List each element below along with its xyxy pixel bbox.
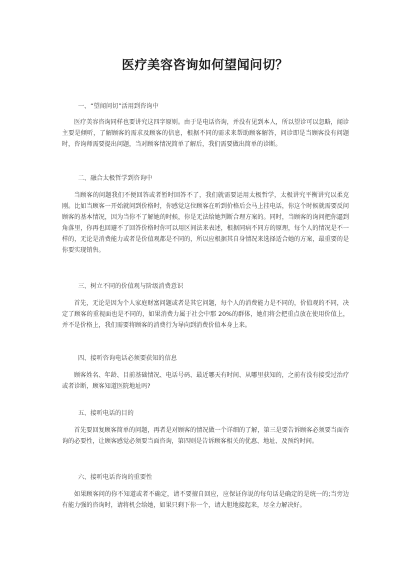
section-body-1: 医疗美容咨询同样也要讲究这四字原则。由于是电话咨询，并没有见到本人，所以望诊可以…: [62, 117, 349, 150]
document-title: 医疗美容咨询如何望闻问切？: [0, 55, 410, 73]
section-body-6: 如果顾客问的你不知道或者不确定，请不要擅自回应，应保证你说的每句话是确定的是统一…: [62, 489, 349, 511]
section-heading-6: 六、接听电话咨询的重要性: [78, 472, 152, 481]
section-heading-2: 二、融合太极哲学到咨询中: [78, 173, 152, 182]
section-heading-3: 三、树立不同的价值观与阶级消费意识: [78, 281, 183, 290]
section-body-2: 当顾客的问题我们不便回答或者暂时回答不了，我们就需要运用太极哲学，太极讲究平衡讲…: [62, 190, 349, 256]
document-page: 医疗美容咨询如何望闻问切？ 一、“望闻问切”活用到咨询中 医疗美容咨询同样也要讲…: [0, 0, 410, 580]
section-body-4: 顾客姓名、年龄、目前基础情况、电话号码、最近哪天有时间、从哪里获知的，之前有没有…: [62, 370, 349, 392]
section-body-5: 首先要回复顾客简单的问题，再者是对顾客的情况做一个详细的了解，第三是要告诉顾客必…: [62, 425, 349, 447]
section-heading-4: 四、接听咨询电话必须要获知的信息: [78, 353, 177, 362]
section-heading-1: 一、“望闻问切”活用到咨询中: [78, 101, 159, 110]
section-heading-5: 五、接听电话的目的: [78, 408, 134, 417]
section-body-3: 首先，无论是因为个人家庭财富问题或者是其它问题，每个人的消费能力是不同的，价值观…: [62, 298, 349, 331]
